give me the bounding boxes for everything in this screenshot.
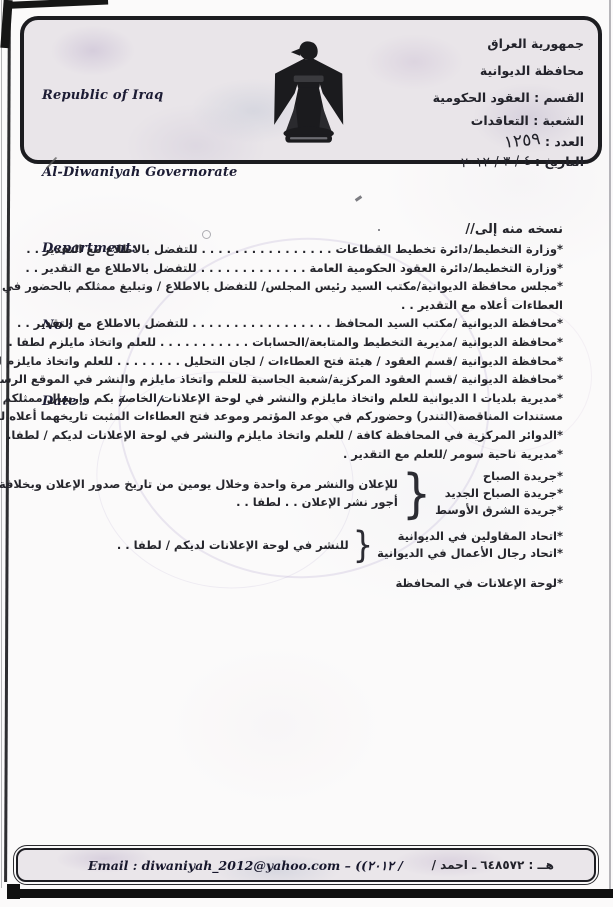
email-text: Email : diwaniyah_2012@yahoo.com – ((٢٠١… [88, 858, 403, 873]
newspapers-group: *جريدة الصباح *جريدة الصباح الجديد *جريد… [36, 468, 563, 519]
country-name-ar: جمهورية العراق [433, 30, 584, 57]
scan-edge-corner [4, 0, 108, 9]
unions-group: *اتحاد المقاولين في الديوانية *اتحاد رجا… [36, 528, 563, 562]
cc-line: *مديرية بلديات ا الديوانية للعلم واتخاذ … [36, 389, 563, 408]
cc-line: *وزارة التخطيط/دائرة العقود الحكومية الع… [36, 259, 563, 278]
union-names: *اتحاد المقاولين في الديوانية *اتحاد رجا… [377, 528, 563, 562]
scan-edge-corner [0, 0, 12, 48]
letterhead-box: Republic of Iraq Al-Diwaniyah Governorat… [20, 16, 602, 164]
document-date-row: التاريخ : ٤ / ٣ / ٢٠١٢ [433, 152, 584, 172]
country-name-en: Republic of Iraq [42, 83, 238, 109]
governorate-name-en: Al-Diwaniyah Governorate [42, 160, 238, 186]
date-label-ar: التاريخ : [535, 154, 584, 169]
cc-line-closing: *لوحة الإعلانات في المحافظة [36, 574, 563, 593]
division-line-ar: الشعبة : التعاقدات [433, 111, 584, 131]
footer-contact-box: Email : diwaniyah_2012@yahoo.com – ((٢٠١… [13, 845, 599, 885]
governorate-name-ar: محافظة الديوانية [433, 57, 584, 84]
scan-edge-bar [12, 889, 613, 898]
letter-body: نسخه منه إلى// *وزارة التخطيط/دائرة تخطي… [36, 221, 563, 593]
document-number-row: العدد : ١٢٥٩ [433, 131, 584, 152]
union-item: *اتحاد رجال الأعمال في الديوانية [377, 545, 563, 562]
newspaper-item: *جريدة الصباح [435, 468, 563, 485]
scan-edge-line [609, 0, 611, 890]
number-value-handwritten: ١٢٥٩ [503, 129, 541, 153]
cc-line: *محافظة الديوانية /مكتب السيد المحافظ . … [36, 314, 563, 333]
cc-line-continuation: مستندات المناقصة(التندر) وحضوركم في موعد… [36, 407, 563, 426]
cc-line: *وزارة التخطيط/دائرة تخطيط القطاعات . . … [36, 240, 563, 259]
ink-speck [355, 195, 362, 201]
cc-line: *محافظة الديوانية /قسم العقود المركزية/ش… [36, 370, 563, 389]
copy-to-heading: نسخه منه إلى// [36, 221, 563, 238]
cc-line: *محافظة الديوانية /مديرية التخطيط والمتا… [36, 333, 563, 352]
letterhead-arabic: جمهورية العراق محافظة الديوانية القسم : … [433, 30, 584, 172]
group-brace: { [398, 483, 435, 504]
cc-line: *محافظة الديوانية /قسم العقود / هيئة فتح… [36, 352, 563, 371]
newspapers-note-line: أجور نشر الإعلان . . لطفا . . [0, 495, 398, 510]
newspapers-note: للإعلان والنشر مرة واحدة وخلال يومين من … [0, 477, 398, 510]
newspaper-names: *جريدة الصباح *جريدة الصباح الجديد *جريد… [435, 468, 563, 519]
newspapers-note-line: للإعلان والنشر مرة واحدة وخلال يومين من … [0, 477, 398, 492]
scan-edge-line [1, 0, 2, 888]
department-line-ar: القسم : العقود الحكومية [433, 84, 584, 111]
scan-edge-bar [7, 884, 20, 899]
newspaper-item: *جريدة الصباح الجديد [435, 485, 563, 502]
footer-contact-inner: Email : diwaniyah_2012@yahoo.com – ((٢٠١… [16, 848, 596, 882]
document-page: Republic of Iraq Al-Diwaniyah Governorat… [0, 0, 613, 907]
newspaper-item: *جريدة الشرق الأوسط [435, 502, 563, 519]
cc-line-continuation: العطاءات أعلاه مع التقدير . . [36, 296, 563, 315]
group-brace: { [349, 534, 377, 555]
cc-line: *الدوائر المركزية في المحافظة كافة / للع… [36, 426, 563, 445]
unions-note: للنشر في لوحة الإعلانات لديكم / لطفا . . [117, 538, 349, 553]
phone-text: هــ : ٦٤٨٥٧٢ ـ احمد / [432, 858, 554, 872]
cc-line: *مديرية ناحية سومر /للعلم مع التقدير . [36, 445, 563, 464]
union-item: *اتحاد المقاولين في الديوانية [377, 528, 563, 545]
number-label-ar: العدد : [545, 134, 584, 149]
cc-line: *مجلس محافظة الديوانية/مكتب السيد رئيس ا… [36, 277, 563, 296]
date-value-handwritten: ٤ / ٣ / ٢٠١٢ [460, 151, 530, 173]
iraq-eagle-emblem-icon [265, 38, 349, 158]
